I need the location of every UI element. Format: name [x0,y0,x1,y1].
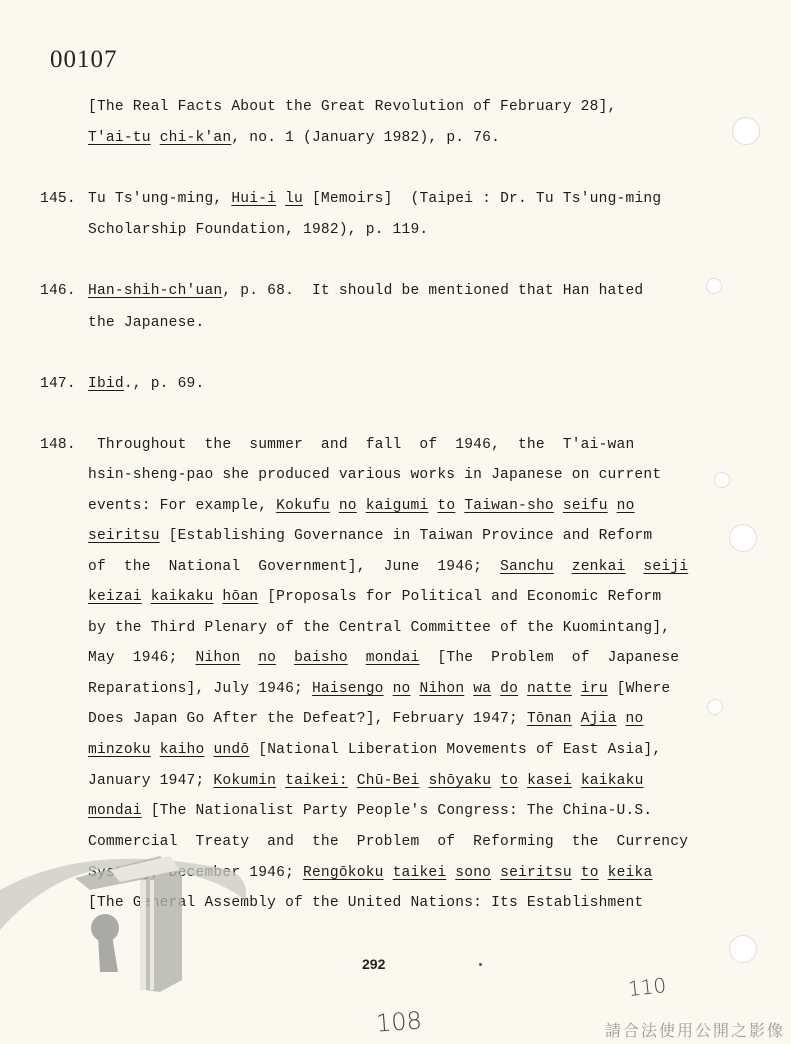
text-run [617,711,626,727]
note-number: 148. [40,436,76,454]
underlined-title: T'ai-tu [88,130,151,146]
handwritten-number-top: 110 [627,973,667,1001]
underlined-title: seiritsu [88,528,160,544]
text-run: [Memoirs] (Taipei : Dr. Tu Ts'ung-ming [303,191,661,207]
note-number: 147. [40,375,76,393]
note-text-line: keizai kaikaku hōan [Proposals for Polit… [88,588,661,606]
note-text-line: [The Real Facts About the Great Revoluti… [88,98,617,116]
underlined-title: Rengōkoku [303,865,384,881]
text-run [276,773,285,789]
text-run [240,650,258,666]
underlined-title: to [581,865,599,881]
text-run [348,650,366,666]
text-run [276,191,285,207]
underlined-title: Nihon [196,650,241,666]
underlined-title: Hui-i [231,191,276,207]
underlined-title: kaigumi [366,498,429,514]
text-run: the Japanese. [88,315,204,331]
text-run: Throughout the summer and fall of 1946, … [88,437,634,453]
underlined-title: do [500,681,518,697]
underlined-title: no [626,711,644,727]
underlined-title: seiji [643,559,688,575]
scan-speck [479,963,482,966]
text-run [384,865,393,881]
underlined-title: chi-k'an [160,130,232,146]
text-run [151,130,160,146]
underlined-title: mondai [366,650,420,666]
text-run: [Proposals for Political and Economic Re… [258,589,661,605]
underlined-title: minzoku [88,742,151,758]
underlined-title: keika [608,865,653,881]
text-run: [Where [608,681,671,697]
watermark-caption: 請合法使用公開之影像 [605,1018,785,1041]
underlined-title: mondai [88,803,142,819]
underlined-title: to [500,773,518,789]
note-text-line: the Japanese. [88,314,204,332]
punch-hole-top [732,117,760,145]
text-run [142,589,151,605]
text-run [348,773,357,789]
underlined-title: kaikaku [581,773,644,789]
underlined-title: Tōnan [527,711,572,727]
text-run [572,865,581,881]
punch-hole-small [714,472,730,488]
text-run [464,681,473,697]
text-run: [The Real Facts About the Great Revoluti… [88,99,617,115]
note-text-line: by the Third Plenary of the Central Comm… [88,619,670,637]
note-text-line: Throughout the summer and fall of 1946, … [88,436,634,454]
note-text-line: May 1946; Nihon no baisho mondai [The Pr… [88,649,679,667]
underlined-title: seiritsu [500,865,572,881]
text-run [446,865,455,881]
underlined-title: Taiwan-sho [464,498,554,514]
underlined-title: Nihon [419,681,464,697]
underlined-title: Haisengo [312,681,384,697]
note-text-line: Reparations], July 1946; Haisengo no Nih… [88,680,670,698]
underlined-title: undō [213,742,249,758]
underlined-title: Kokufu [276,498,330,514]
underlined-title: Ajia [581,711,617,727]
text-run [572,681,581,697]
note-text-line: Does Japan Go After the Defeat?], Februa… [88,710,643,728]
text-run [491,681,500,697]
underlined-title: Sanchu [500,559,554,575]
underlined-title: kasei [527,773,572,789]
text-run [518,773,527,789]
note-text-line: Tu Ts'ung-ming, Hui-i lu [Memoirs] (Taip… [88,190,661,208]
underlined-title: kaiho [160,742,205,758]
note-text-line: Scholarship Foundation, 1982), p. 119. [88,221,428,239]
text-run: [National Liberation Movements of East A… [249,742,661,758]
text-run: of the National Government], June 1946; [88,559,500,575]
underlined-title: iru [581,681,608,697]
underlined-title: natte [527,681,572,697]
note-number: 146. [40,282,76,300]
text-run [572,711,581,727]
underlined-title: lu [285,191,303,207]
underlined-title: keizai [88,589,142,605]
text-run [572,773,581,789]
text-run: [The Nationalist Party People's Congress… [142,803,653,819]
text-run: ., p. 69. [124,376,205,392]
underlined-title: Han-shih-ch'uan [88,283,222,299]
note-text-line: of the National Government], June 1946; … [88,558,688,576]
text-run: January 1947; [88,773,213,789]
text-run [455,498,464,514]
text-run: Does Japan Go After the Defeat?], Februa… [88,711,527,727]
scanned-document-page: 00107 [The Real Facts About the Great Re… [0,0,791,1044]
archive-logo-watermark [0,840,260,1010]
underlined-title: wa [473,681,491,697]
text-run [554,498,563,514]
text-run [357,498,366,514]
note-text-line: mondai [The Nationalist Party People's C… [88,802,652,820]
underlined-title: no [258,650,276,666]
text-run: events: For example, [88,498,276,514]
text-run: by the Third Plenary of the Central Comm… [88,620,670,636]
text-run: [The Problem of Japanese [419,650,679,666]
underlined-title: taikei [393,865,447,881]
underlined-title: no [393,681,411,697]
punch-hole-bottom [729,935,757,963]
underlined-title: shōyaku [428,773,491,789]
text-run: [Establishing Governance in Taiwan Provi… [160,528,653,544]
punch-hole-middle [729,524,757,552]
note-text-line: T'ai-tu chi-k'an, no. 1 (January 1982), … [88,129,500,147]
text-run: Tu Ts'ung-ming, [88,191,231,207]
underlined-title: seifu [563,498,608,514]
text-run [276,650,294,666]
underlined-title: to [437,498,455,514]
text-run [518,681,527,697]
text-run: Scholarship Foundation, 1982), p. 119. [88,222,428,238]
handwritten-number-bottom: 108 [375,1006,423,1037]
text-run [491,773,500,789]
note-number: 145. [40,190,76,208]
note-text-line: minzoku kaiho undō [National Liberation … [88,741,661,759]
note-text-line: hsin-sheng-pao she produced various work… [88,466,661,484]
punch-hole-small [707,699,723,715]
page-number: 292 [362,956,385,972]
text-run: , p. 68. It should be mentioned that Han… [222,283,643,299]
underlined-title: Chū-Bei [357,773,420,789]
note-text-line: Han-shih-ch'uan, p. 68. It should be men… [88,282,643,300]
text-run [608,498,617,514]
underlined-title: no [339,498,357,514]
text-run [491,865,500,881]
text-run: , no. 1 (January 1982), p. 76. [231,130,500,146]
punch-hole-small [706,278,722,294]
text-run: hsin-sheng-pao she produced various work… [88,467,661,483]
underlined-title: baisho [294,650,348,666]
underlined-title: zenkai [572,559,626,575]
text-run [384,681,393,697]
archive-stamp-number: 00107 [50,46,118,74]
underlined-title: taikei: [285,773,348,789]
underlined-title: Kokumin [213,773,276,789]
underlined-title: kaikaku [151,589,214,605]
note-text-line: seiritsu [Establishing Governance in Tai… [88,527,652,545]
note-text-line: Ibid., p. 69. [88,375,204,393]
text-run [330,498,339,514]
underlined-title: sono [455,865,491,881]
underlined-title: Ibid [88,376,124,392]
text-run [554,559,572,575]
note-text-line: events: For example, Kokufu no kaigumi t… [88,497,635,515]
underlined-title: hōan [222,589,258,605]
text-run [625,559,643,575]
underlined-title: no [617,498,635,514]
text-run [599,865,608,881]
text-run [151,742,160,758]
text-run: May 1946; [88,650,196,666]
note-text-line: January 1947; Kokumin taikei: Chū-Bei sh… [88,772,644,790]
text-run: Reparations], July 1946; [88,681,312,697]
